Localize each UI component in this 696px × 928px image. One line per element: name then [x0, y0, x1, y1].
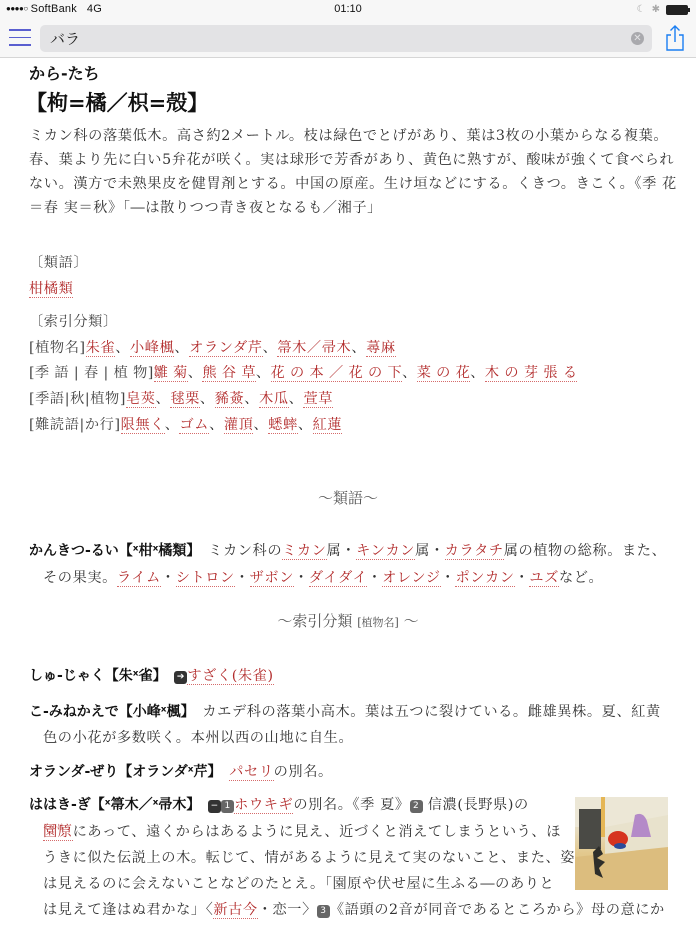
text: など。 — [559, 570, 603, 586]
entry-illustration-image[interactable] — [575, 797, 668, 890]
synonym-headword: かんきつ-るい【ˣ柑ˣ橘類】 — [29, 543, 193, 559]
index-row: [難読語|か行]限無く、ゴム、灌頂、蟋蟀、紅蓮 — [29, 413, 342, 437]
index-link[interactable]: 蟋蟀 — [268, 417, 298, 434]
index-link[interactable]: 熊 谷 草 — [202, 365, 256, 382]
text: ミカン科の — [208, 543, 282, 559]
index-link[interactable]: 皂莢 — [126, 391, 156, 408]
index-section-heading: 〜索引分類 [植物名] 〜 — [0, 610, 696, 631]
fruit-link[interactable]: シトロン — [176, 570, 235, 587]
entry-text-line: そのはら園原にあって、遠くからはあるように見え、近づくと消えてしまうという、ほ — [43, 820, 561, 844]
moon-icon: ☾ — [637, 4, 646, 15]
entry-text: ・恋一〉 — [258, 902, 317, 918]
entry-headword: オランダ-ぜり【オランダˣ芹】 — [29, 764, 214, 780]
definition-line: ＝春 実＝秋》「―は散りつつ青き夜となるも／湘子」 — [29, 196, 382, 220]
entry-text: の別名。《季 夏》 — [293, 797, 409, 813]
index-row: [植物名]朱雀、小峰楓、オランダ芹、箒木／帚木、蕁麻 — [29, 336, 396, 360]
cross-ref-link[interactable]: ホウキギ — [234, 797, 293, 814]
index-link[interactable]: 木瓜 — [259, 391, 289, 408]
index-link[interactable]: 小峰楓 — [130, 340, 174, 357]
index-link[interactable]: 雛 菊 — [154, 365, 188, 382]
text: 属・ — [327, 543, 357, 559]
share-icon[interactable] — [664, 24, 686, 52]
text: 属の植物の総称。また、 — [504, 543, 667, 559]
entry-kanji: 【枸=橘／枳=殻】 — [26, 87, 208, 117]
fruit-link[interactable]: ザボン — [250, 570, 294, 587]
sense-number-icon: 3 — [317, 905, 330, 918]
index-link[interactable]: 豨薟 — [215, 391, 245, 408]
bluetooth-icon: ✱ — [652, 4, 660, 15]
index-link[interactable]: 箒木／帚木 — [277, 340, 351, 357]
entry-headword: しゅ-じゃく【朱ˣ雀】 — [29, 668, 160, 684]
index-row: [季語|秋|植物]皂莢、毬栗、豨薟、木瓜、萱草 — [29, 387, 333, 411]
index-entry: こ-みねかえで【小峰ˣ楓】 カエデ科の落葉小高木。葉は五つに裂けている。雌雄異株… — [29, 700, 661, 724]
index-label: 〔索引分類〕 — [29, 310, 118, 334]
heading-sub: [植物名] — [357, 616, 399, 629]
synonyms-label: 〔類語〕 — [29, 251, 88, 275]
synonym-link[interactable]: 柑橘類 — [29, 281, 73, 298]
entry-text: 信濃(長野県)の — [423, 797, 529, 813]
see-arrow-icon: ➔ — [174, 671, 187, 684]
cross-ref-link[interactable]: パセリ — [229, 764, 273, 781]
index-link[interactable]: 朱雀 — [86, 340, 116, 357]
entry-text: の別名。 — [274, 764, 333, 780]
synonyms-list: 柑橘類 — [29, 277, 73, 301]
entry-headword: こ-みねかえで【小峰ˣ楓】 — [29, 704, 188, 720]
fruit-link[interactable]: ライム — [117, 570, 161, 587]
index-row-label: [季 語 | 春 | 植 物] — [29, 365, 154, 381]
index-row-label: [難読語|か行] — [29, 417, 121, 433]
index-link[interactable]: 限無く — [121, 417, 165, 434]
sense-group-icon: − — [208, 800, 221, 813]
index-link[interactable]: 紅蓮 — [313, 417, 343, 434]
definition-line: ない。漢方で未熟果皮を健胃剤とする。中国の原産。生け垣などにする。くきつ。きこく… — [29, 172, 677, 196]
synonym-section-heading: 〜類語〜 — [0, 487, 696, 508]
index-link[interactable]: 菜 の 花 — [417, 365, 471, 382]
index-link[interactable]: オランダ芹 — [189, 340, 262, 357]
battery-icon — [666, 5, 688, 15]
index-row-label: [植物名] — [29, 340, 86, 356]
index-link[interactable]: 蕁麻 — [366, 340, 396, 357]
toolbar: ✕ — [0, 20, 696, 58]
index-link[interactable]: 毬栗 — [170, 391, 200, 408]
heading-text: 〜 — [399, 612, 419, 630]
clear-icon[interactable]: ✕ — [631, 32, 644, 45]
heading-text: 〜索引分類 — [277, 612, 357, 630]
sense-number-icon: 1 — [221, 800, 234, 813]
status-bar: ●●●●○SoftBank4G 01:10 ☾ ✱ — [0, 0, 696, 20]
sense-number-icon: 2 — [410, 800, 423, 813]
index-entry: ははき-ぎ【ˣ箒木／ˣ帚木】 −1ホウキギの別名。《季 夏》2 信濃(長野県)の — [29, 793, 529, 817]
entry-text: 色の小花が多数咲く。本州以西の山地に自生。 — [43, 726, 353, 750]
index-link[interactable]: ゴム — [179, 417, 209, 434]
genus-link[interactable]: キンカン — [356, 543, 415, 560]
index-link[interactable]: 花 の 本 ／ 花 の 下 — [271, 365, 403, 382]
fruit-link[interactable]: ダイダイ — [309, 570, 368, 587]
index-link[interactable]: 萱草 — [303, 391, 333, 408]
definition-line: ミカン科の落葉低木。高さ約2メートル。枝は緑色でとげがあり、葉は3枚の小葉からな… — [29, 124, 668, 148]
definition-line: 春、葉より先に白い5弁花が咲く。実は球形で芳香があり、黄色に熟すが、酸味が強くて… — [29, 148, 674, 172]
genus-link[interactable]: ミカン — [282, 543, 326, 560]
synonym-entry-line: その果実。ライム・シトロン・ザボン・ダイダイ・オレンジ・ポンカン・ユズなど。 — [43, 566, 603, 590]
fruit-link[interactable]: ユズ — [529, 570, 559, 587]
index-link[interactable]: 木 の 芽 張 る — [485, 365, 578, 382]
text: 属・ — [415, 543, 445, 559]
text: その果実。 — [43, 570, 117, 586]
source-link[interactable]: 新古今 — [213, 902, 257, 919]
fruit-link[interactable]: オレンジ — [382, 570, 440, 587]
index-entry: しゅ-じゃく【朱ˣ雀】 ➔すざく(朱雀) — [29, 664, 274, 688]
index-entry: オランダ-ぜり【オランダˣ芹】 パセリの別名。 — [29, 760, 333, 784]
entry-text-line: は見えて逢はぬ君かな」〈新古今・恋一〉3《語頭の2音が同音であるところから》母の… — [43, 898, 665, 922]
status-icons: ☾ ✱ — [637, 4, 688, 15]
genus-link[interactable]: カラタチ — [445, 543, 504, 560]
index-link[interactable]: 灌頂 — [224, 417, 254, 434]
synonym-entry-line: かんきつ-るい【ˣ柑ˣ橘類】 ミカン科のミカン属・キンカン属・カラタチ属の植物の… — [29, 539, 666, 563]
search-input[interactable] — [40, 25, 652, 52]
hamburger-menu-icon[interactable] — [9, 29, 31, 49]
entry-text: 《語頭の2音が同音であるところから》母の意にか — [330, 902, 665, 918]
index-row-label: [季語|秋|植物] — [29, 391, 126, 407]
entry-text: カエデ科の落葉小高木。葉は五つに裂けている。雌雄異株。夏、紅黄 — [202, 704, 660, 720]
ruby-reading: そのはら — [43, 815, 71, 839]
entry-text-line: うきに似た伝説上の木。転じて、情があるように見えて実のないこと、また、姿 — [43, 846, 575, 870]
entry-text: は見えて逢はぬ君かな」〈 — [43, 902, 213, 918]
clock: 01:10 — [0, 3, 696, 15]
entry-text: にあって、遠くからはあるように見え、近づくと消えてしまうという、ほ — [73, 824, 561, 840]
entry-reading: から-たち — [29, 61, 100, 84]
index-row: [季 語 | 春 | 植 物]雛 菊、熊 谷 草、花 の 本 ／ 花 の 下、菜… — [29, 361, 577, 385]
cross-ref-link[interactable]: すざく(朱雀) — [187, 668, 273, 685]
entry-headword: ははき-ぎ【ˣ箒木／ˣ帚木】 — [29, 797, 193, 813]
fruit-link[interactable]: ポンカン — [455, 570, 514, 587]
entry-text-line: は見えるのに会えないことなどのたとえ。「園原や伏せ屋に生ふる―のありと — [43, 872, 554, 896]
